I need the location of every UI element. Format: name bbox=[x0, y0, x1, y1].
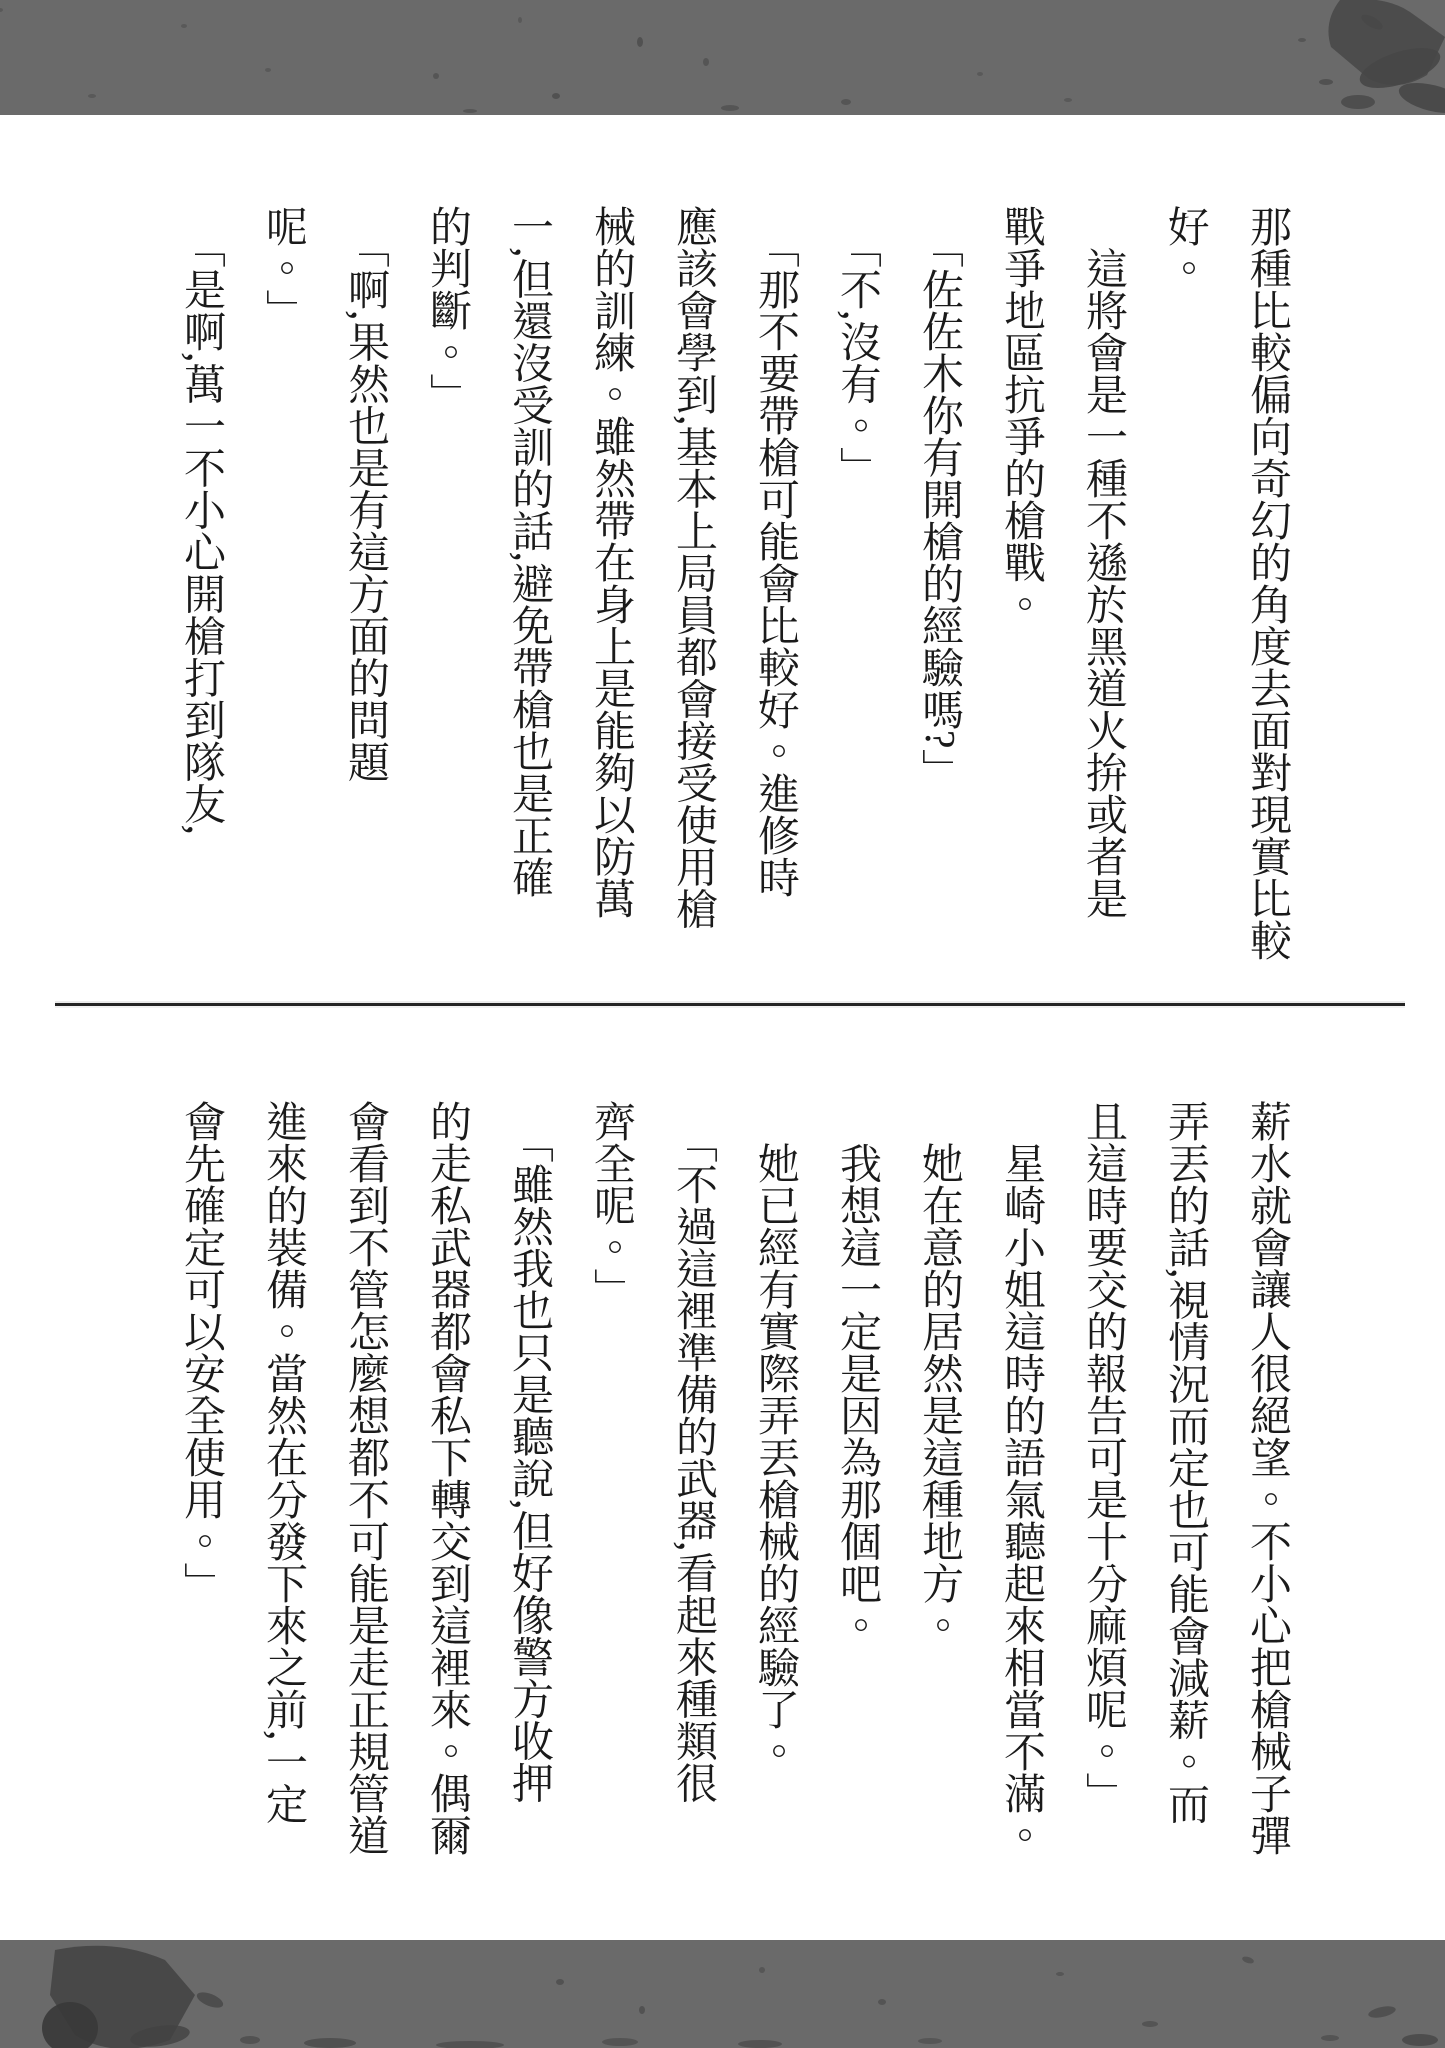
text-column: 械的訓練。雖然帶在身上是能夠以防萬 bbox=[570, 205, 652, 980]
text-column: 她已經有實際弄丟槍械的經驗了。 bbox=[734, 1100, 816, 1875]
text-column: 的判斷。」 bbox=[406, 205, 488, 980]
text-column: 「是啊,萬一不小心開槍打到隊友, bbox=[160, 205, 242, 980]
text-column: 我想這一定是因為那個吧。 bbox=[816, 1100, 898, 1875]
page-top-text: 那種比較偏向奇幻的角度去面對現實比較好。 這將會是一種不遜於黑道火拚或者是戰爭地… bbox=[160, 205, 1308, 980]
text-column: 星崎小姐這時的語氣聽起來相當不滿。 bbox=[980, 1100, 1062, 1875]
text-column: 的走私武器都會私下轉交到這裡來。偶爾 bbox=[406, 1100, 488, 1875]
text-column: 且這時要交的報告可是十分麻煩呢。」 bbox=[1062, 1100, 1144, 1875]
text-column: 「不過這裡準備的武器,看起來種類很 bbox=[652, 1100, 734, 1875]
text-column: 應該會學到,基本上局員都會接受使用槍 bbox=[652, 205, 734, 980]
text-column: 弄丟的話,視情況而定也可能會減薪。而 bbox=[1144, 1100, 1226, 1875]
text-column: 薪水就會讓人很絕望。不小心把槍械子彈 bbox=[1226, 1100, 1308, 1875]
grunge-texture-bottom bbox=[0, 1940, 1445, 2048]
text-column: 戰爭地區抗爭的槍戰。 bbox=[980, 205, 1062, 980]
page-root: 那種比較偏向奇幻的角度去面對現實比較好。 這將會是一種不遜於黑道火拚或者是戰爭地… bbox=[0, 0, 1445, 2048]
text-column: 她在意的居然是這種地方。 bbox=[898, 1100, 980, 1875]
text-column: 「雖然我也只是聽說,但好像警方收押 bbox=[488, 1100, 570, 1875]
page-separator-line bbox=[55, 1003, 1405, 1006]
text-column: 好。 bbox=[1144, 205, 1226, 980]
text-column: 「佐佐木你有開槍的經驗嗎?」 bbox=[898, 205, 980, 980]
grunge-texture-top bbox=[0, 0, 1445, 115]
page-bottom-text: 薪水就會讓人很絕望。不小心把槍械子彈弄丟的話,視情況而定也可能會減薪。而且這時要… bbox=[160, 1100, 1308, 1875]
text-column: 齊全呢。」 bbox=[570, 1100, 652, 1875]
text-column: 「那不要帶槍可能會比較好。進修時 bbox=[734, 205, 816, 980]
top-border-band bbox=[0, 0, 1445, 115]
text-column: 會看到不管怎麼想都不可能是走正規管道 bbox=[324, 1100, 406, 1875]
bottom-border-band bbox=[0, 1940, 1445, 2048]
text-column: 「啊,果然也是有這方面的問題 bbox=[324, 205, 406, 980]
text-column: 會先確定可以安全使用。」 bbox=[160, 1100, 242, 1875]
text-column: 進來的裝備。當然在分發下來之前,一定 bbox=[242, 1100, 324, 1875]
text-column: 這將會是一種不遜於黑道火拚或者是 bbox=[1062, 205, 1144, 980]
text-column: 「不,沒有。」 bbox=[816, 205, 898, 980]
text-column: 那種比較偏向奇幻的角度去面對現實比較 bbox=[1226, 205, 1308, 980]
text-column: 呢。」 bbox=[242, 205, 324, 980]
text-column: 一,但還沒受訓的話,避免帶槍也是正確 bbox=[488, 205, 570, 980]
